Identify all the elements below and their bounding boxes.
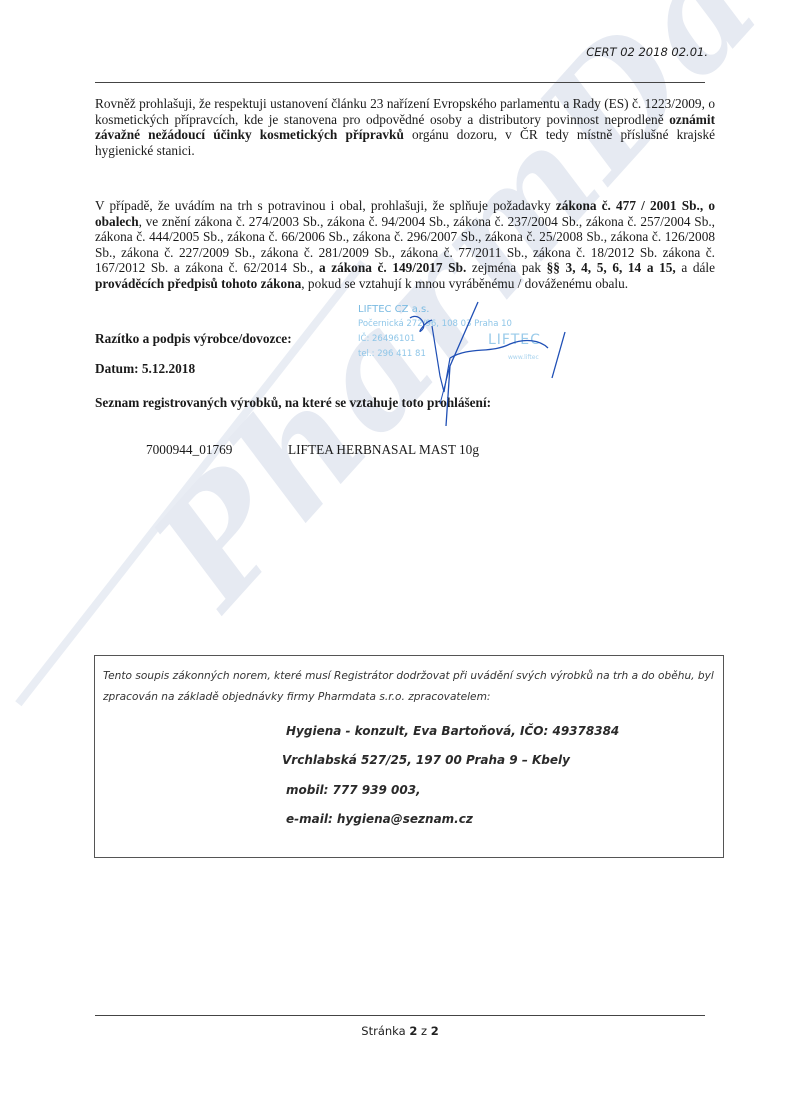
page-of: z xyxy=(417,1024,430,1038)
processor-address: Vrchlabská 527/25, 197 00 Praha 9 – Kbel… xyxy=(282,753,570,767)
paragraph-packaging-law: V případě, že uvádím na trh s potravinou… xyxy=(95,198,715,291)
header-divider xyxy=(95,82,705,83)
info-intro: Tento soupis zákonných norem, které musí… xyxy=(103,666,715,708)
page-number: Stránka 2 z 2 xyxy=(0,1024,800,1038)
page-total: 2 xyxy=(431,1024,439,1038)
watermark-stroke xyxy=(15,260,366,706)
bold-text-run: a zákona č. 149/2017 Sb. xyxy=(319,260,466,275)
processor-company: Hygiena - konzult, Eva Bartoňová, IČO: 4… xyxy=(286,724,619,738)
text-run: zejména pak xyxy=(466,260,546,275)
text-run: V případě, že uvádím na trh s potravinou… xyxy=(95,198,556,213)
processor-email: e-mail: hygiena@seznam.cz xyxy=(286,812,473,826)
text-run: , pokud se vztahují k mnou vyráběnému / … xyxy=(301,276,628,291)
document-reference: CERT 02 2018 02.01. xyxy=(586,45,708,59)
processor-info-box: Tento soupis zákonných norem, které musí… xyxy=(94,655,724,858)
bold-text-run: prováděcích předpisů tohoto zákona xyxy=(95,276,301,291)
text-run: Rovněž prohlašuji, že respektuji ustanov… xyxy=(95,96,715,127)
footer-divider xyxy=(95,1015,705,1016)
product-code: 7000944_01769 xyxy=(146,442,232,458)
signature-icon xyxy=(380,296,580,436)
product-name: LIFTEA HERBNASAL MAST 10g xyxy=(288,442,479,458)
bold-text-run: §§ 3, 4, 5, 6, 14 a 15, xyxy=(547,260,676,275)
page-word: Stránka xyxy=(361,1024,409,1038)
date-label: Datum: 5.12.2018 xyxy=(95,361,195,377)
text-run: a dále xyxy=(676,260,715,275)
stamp-signature-label: Razítko a podpis výrobce/dovozce: xyxy=(95,331,292,347)
processor-mobile: mobil: 777 939 003, xyxy=(286,783,421,797)
paragraph-cosmetics-regulation: Rovněž prohlašuji, že respektuji ustanov… xyxy=(95,96,715,158)
